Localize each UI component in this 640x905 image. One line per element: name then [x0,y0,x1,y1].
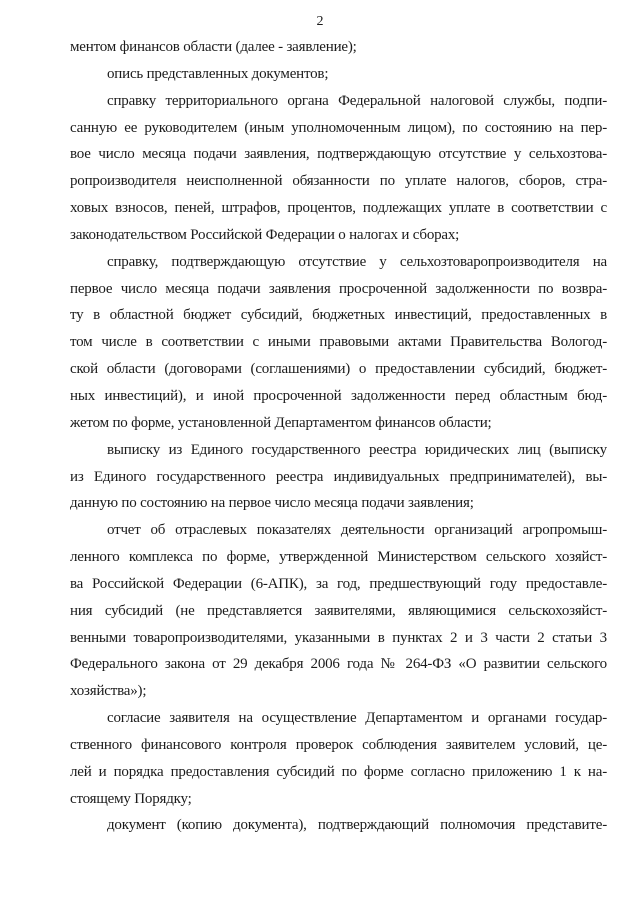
text-line: ментом финансов области (далее - заявлен… [70,34,607,61]
text-line: ственного финансового контроля проверок … [70,732,607,759]
page-number: 2 [0,0,640,32]
text-line: документ (копию документа), подтверждающ… [70,812,607,839]
text-line: том числе в соответствии с иными правовы… [70,329,607,356]
text-line: Федерального закона от 29 декабря 2006 г… [70,651,607,678]
text-line: ховых взносов, пеней, штрафов, процентов… [70,195,607,222]
text-line: справку, подтверждающую отсутствие у сел… [70,249,607,276]
document-text: ментом финансов области (далее - заявлен… [70,34,607,839]
text-line: ленного комплекса по форме, утвержденной… [70,544,607,571]
text-line: ропроизводителя неисполненной обязанност… [70,168,607,195]
text-line: жетом по форме, установленной Департамен… [70,410,607,437]
text-line: хозяйства»); [70,678,607,705]
text-line: ва Российской Федерации (6-АПК), за год,… [70,571,607,598]
text-line: санную ее руководителем (иным уполномоче… [70,115,607,142]
text-line: венными товаропроизводителями, указанным… [70,625,607,652]
text-line: ту в областной бюджет субсидий, бюджетны… [70,302,607,329]
text-line: выписку из Единого государственного реес… [70,437,607,464]
text-line: опись представленных документов; [70,61,607,88]
text-line: ния субсидий (не представляется заявител… [70,598,607,625]
text-line: первое число месяца подачи заявления про… [70,276,607,303]
text-line: согласие заявителя на осуществление Депа… [70,705,607,732]
text-line: данную по состоянию на первое число меся… [70,490,607,517]
text-line: из Единого государственного реестра инди… [70,464,607,491]
text-line: отчет об отраслевых показателях деятельн… [70,517,607,544]
document-page: 2 ментом финансов области (далее - заявл… [0,0,640,905]
text-line: лей и порядка предоставления субсидий по… [70,759,607,786]
text-line: законодательством Российской Федерации о… [70,222,607,249]
text-line: справку территориального органа Федераль… [70,88,607,115]
text-line: стоящему Порядку; [70,786,607,813]
text-line: ных инвестиций), и иной просроченной зад… [70,383,607,410]
text-line: ской области (договорами (соглашениями) … [70,356,607,383]
text-line: вое число месяца подачи заявления, подтв… [70,141,607,168]
